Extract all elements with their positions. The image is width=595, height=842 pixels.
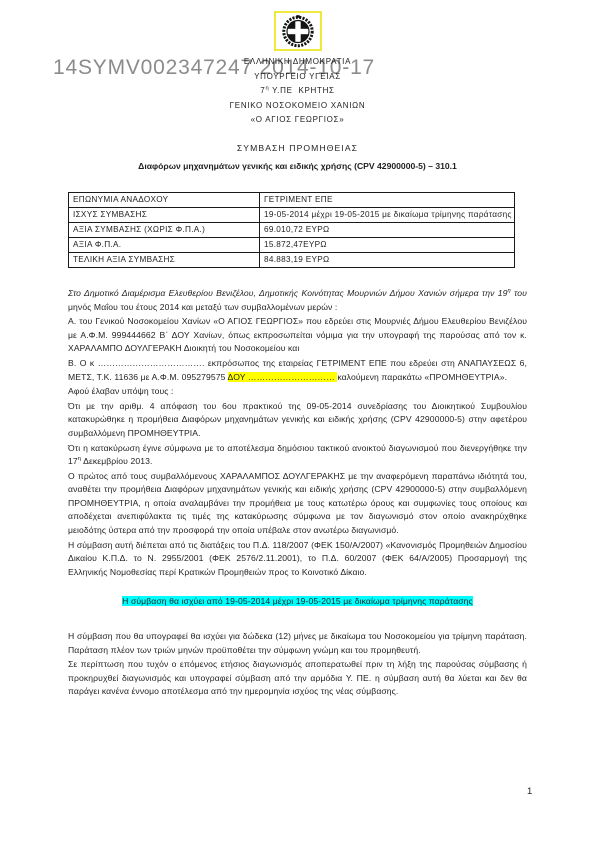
table-row-value: 19-05-2014 μέχρι 19-05-2015 με δικαίωμα … xyxy=(260,207,515,222)
table-row-label: ΑΞΙΑ ΣΥΜΒΑΣΗΣ (ΧΩΡΙΣ Φ.Π.Α.) xyxy=(69,222,260,237)
letterhead-line: ΥΠΟΥΡΓΕΙΟ ΥΓΕΙΑΣ xyxy=(68,70,527,85)
table-row: ΑΞΙΑ ΣΥΜΒΑΣΗΣ (ΧΩΡΙΣ Φ.Π.Α.)69.010,72 ΕΥ… xyxy=(69,222,515,237)
table-row-value: 84.883,19 ΕΥΡΩ xyxy=(260,252,515,267)
table-row-label: ΑΞΙΑ Φ.Π.Α. xyxy=(69,237,260,252)
greek-national-emblem-icon xyxy=(282,15,314,48)
contract-summary-table: ΕΠΩΝΥΜΙΑ ΑΝΑΔΟΧΟΥΓΕΤΡΙΜΕΝΤ ΕΠΕΙΣΧΥΣ ΣΥΜΒ… xyxy=(68,192,515,268)
paragraph-duration: Η σύμβαση που θα υπογραφεί θα ισχύει για… xyxy=(68,630,527,657)
table-row: ΕΠΩΝΥΜΙΑ ΑΝΑΔΟΧΟΥΓΕΤΡΙΜΕΝΤ ΕΠΕ xyxy=(69,192,515,207)
paragraph-termination: Σε περίπτωση που τυχόν ο επόμενος ετήσιο… xyxy=(68,658,527,699)
table-row: ΑΞΙΑ Φ.Π.Α.15.872,47ΕΥΡΩ xyxy=(69,237,515,252)
letterhead-line: ΓΕΝΙΚΟ ΝΟΣΟΚΟΜΕΙΟ ΧΑΝΙΩΝ xyxy=(68,99,527,114)
paragraph-preamble: Στο Δημοτικό Διαμέρισμα Ελευθερίου Βενιζ… xyxy=(68,287,527,314)
document-page: 14SYMV002347247 2014-10-17 ΕΛΛΗΝΙΚΗ ΔΗΜΟ… xyxy=(0,0,595,842)
table-row-label: ΕΠΩΝΥΜΙΑ ΑΝΑΔΟΧΟΥ xyxy=(69,192,260,207)
table-row: ΙΣΧΥΣ ΣΥΜΒΑΣΗΣ19-05-2014 μέχρι 19-05-201… xyxy=(69,207,515,222)
document-title: ΣΥΜΒΑΣΗ ΠΡΟΜΗΘΕΙΑΣ xyxy=(68,143,527,153)
contract-summary-table-body: ΕΠΩΝΥΜΙΑ ΑΝΑΔΟΧΟΥΓΕΤΡΙΜΕΝΤ ΕΠΕΙΣΧΥΣ ΣΥΜΒ… xyxy=(69,192,515,267)
paragraph-legal-framework: Η σύμβαση αυτή διέπεται από τις διατάξει… xyxy=(68,539,527,580)
paragraph-party-a: Α. του Γενικού Νοσοκομείου Χανίων «Ο ΑΓΙ… xyxy=(68,315,527,356)
table-row: ΤΕΛΙΚΗ ΑΞΙΑ ΣΥΜΒΑΣΗΣ84.883,19 ΕΥΡΩ xyxy=(69,252,515,267)
letterhead: ΕΛΛΗΝΙΚΗ ΔΗΜΟΚΡΑΤΙΑΥΠΟΥΡΓΕΙΟ ΥΓΕΙΑΣ7η Υ.… xyxy=(68,55,527,128)
page-number: 1 xyxy=(527,786,532,797)
paragraph-decision: Ότι με την αριθμ. 4 απόφαση του 6ου πρακ… xyxy=(68,400,527,441)
letterhead-line: «Ο ΑΓΙΟΣ ΓΕΩΡΓΙΟΣ» xyxy=(68,113,527,128)
table-row-value: ΓΕΤΡΙΜΕΝΤ ΕΠΕ xyxy=(260,192,515,207)
letterhead-line: 7η Υ.ΠΕ ΚΡΗΤΗΣ xyxy=(68,84,527,99)
table-row-value: 15.872,47ΕΥΡΩ xyxy=(260,237,515,252)
paragraph-award: Ότι η κατακύρωση έγινε σύμφωνα με το απο… xyxy=(68,442,527,469)
letterhead-line: ΕΛΛΗΝΙΚΗ ΔΗΜΟΚΡΑΤΙΑ xyxy=(68,55,527,70)
table-row-value: 69.010,72 ΕΥΡΩ xyxy=(260,222,515,237)
paragraph-validity-highlight: Η σύμβαση θα ισχύει από 19-05-2014 μέχρι… xyxy=(68,595,527,609)
paragraph-considering: Αφού έλαβαν υπόψη τους : xyxy=(68,385,527,399)
body-paragraphs: Στο Δημοτικό Διαμέρισμα Ελευθερίου Βενιζ… xyxy=(68,287,527,699)
paragraph-party-b: Β. Ο κ ………………………………. εκπρόσωπος της εται… xyxy=(68,357,527,384)
emblem-highlight-box xyxy=(274,11,322,51)
table-row-label: ΙΣΧΥΣ ΣΥΜΒΑΣΗΣ xyxy=(69,207,260,222)
document-subtitle: Διαφόρων μηχανημάτων γενικής και ειδικής… xyxy=(68,161,527,171)
table-row-label: ΤΕΛΙΚΗ ΑΞΙΑ ΣΥΜΒΑΣΗΣ xyxy=(69,252,260,267)
paragraph-assignment: Ο πρώτος από τους συμβαλλόμενους ΧΑΡΑΛΑΜ… xyxy=(68,470,527,538)
